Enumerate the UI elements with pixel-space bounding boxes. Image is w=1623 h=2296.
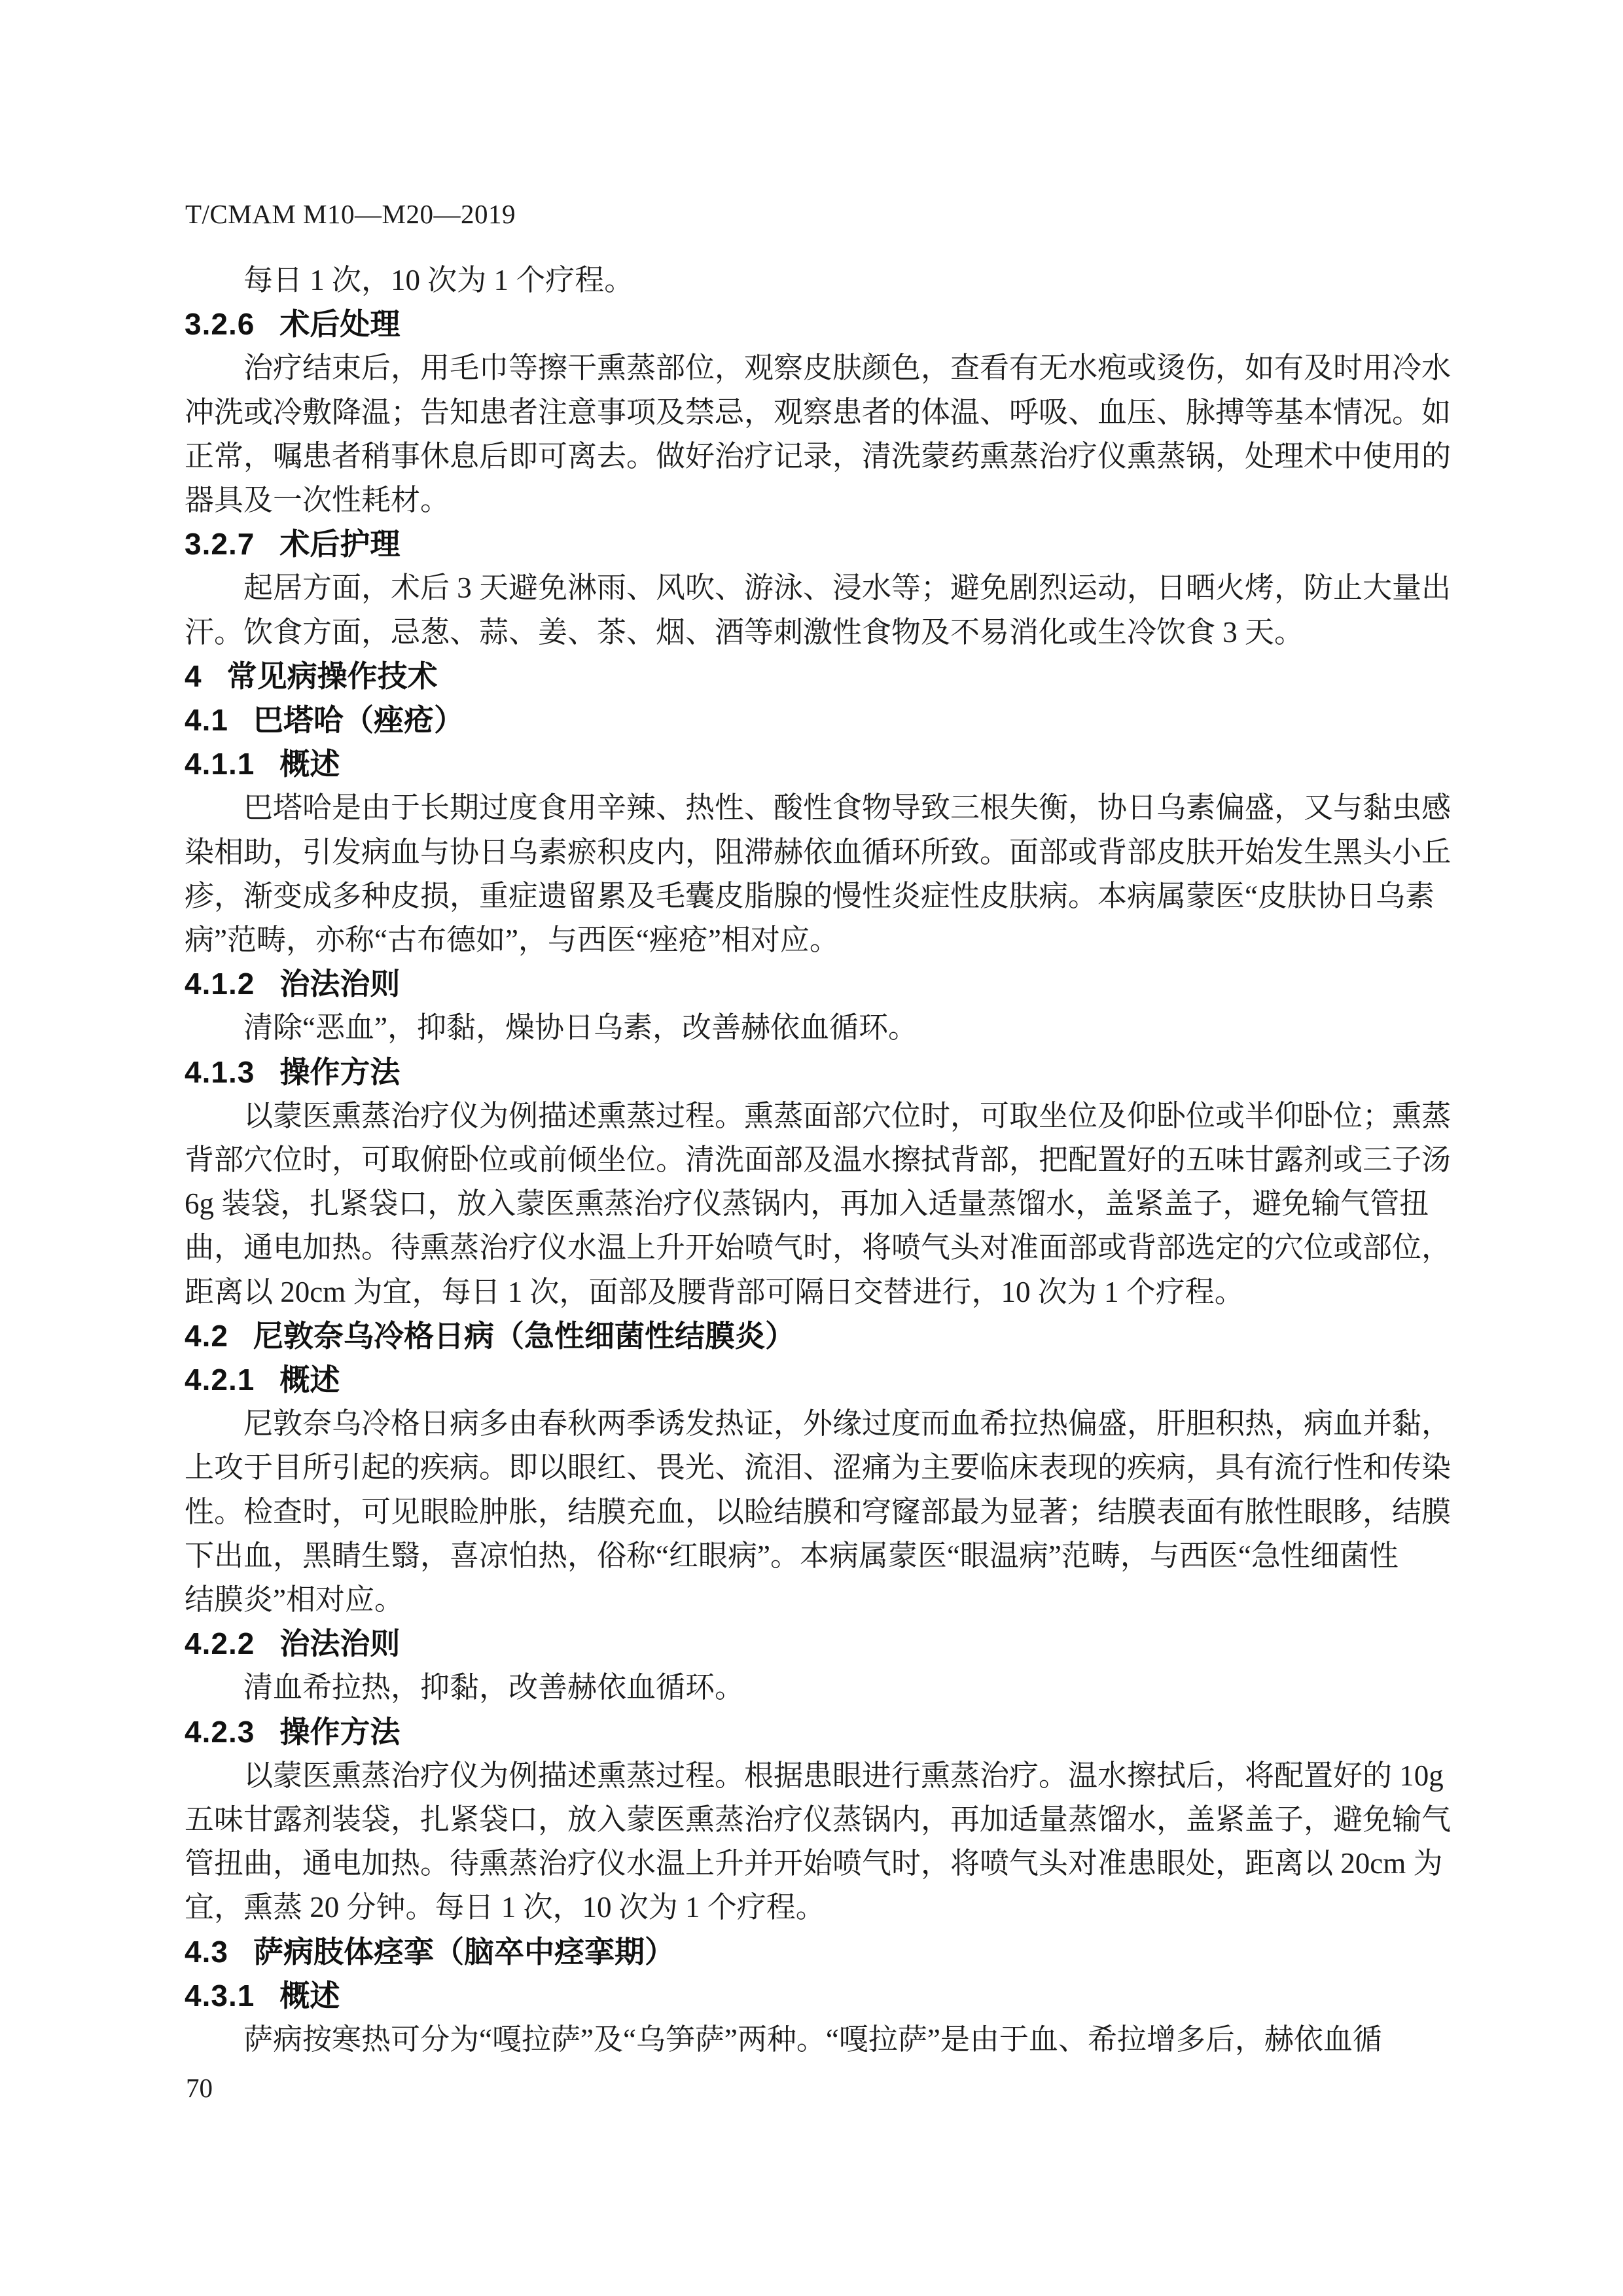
body-text-line: 背部穴位时，可取俯卧位或前倾坐位。清洗面部及温水擦拭背部，把配置好的五味甘露剂或… — [185, 1138, 1451, 1182]
heading-number: 4.1.3 — [185, 1055, 255, 1089]
body-text-line: 冲洗或冷敷降温；告知患者注意事项及禁忌，观察患者的体温、呼吸、血压、脉搏等基本情… — [185, 390, 1451, 435]
section-heading-4-1-1: 4.1.1概述 — [185, 742, 1451, 786]
body-text-line: 曲，通电加热。待熏蒸治疗仪水温上升开始喷气时，将喷气头对准面部或背部选定的穴位或… — [185, 1225, 1451, 1270]
section-heading-4-3: 4.3萨病肢体痉挛（脑卒中痉挛期） — [185, 1929, 1451, 1974]
body-text-line: 下出血，黑睛生翳，喜凉怕热，俗称“红眼病”。本病属蒙医“眼温病”范畴，与西医“急… — [185, 1534, 1451, 1578]
section-heading-3-2-7: 3.2.7术后护理 — [185, 522, 1451, 566]
body-text-line: 性。检查时，可见眼睑肿胀，结膜充血，以睑结膜和穹窿部最为显著；结膜表面有脓性眼眵… — [185, 1490, 1451, 1534]
body-text-line: 距离以 20cm 为宜，每日 1 次，面部及腰背部可隔日交替进行，10 次为 1… — [185, 1270, 1451, 1314]
section-heading-4-3-1: 4.3.1概述 — [185, 1973, 1451, 2018]
body-text-line: 上攻于目所引起的疾病。即以眼红、畏光、流泪、涩痛为主要临床表现的疾病，具有流行性… — [185, 1445, 1451, 1490]
body-text-line: 治疗结束后，用毛巾等擦干熏蒸部位，观察皮肤颜色，查看有无水疱或烫伤，如有及时用冷… — [185, 346, 1451, 390]
heading-title: 巴塔哈（痤疮） — [253, 703, 464, 737]
body-text-line: 以蒙医熏蒸治疗仪为例描述熏蒸过程。熏蒸面部穴位时，可取坐位及仰卧位或半仰卧位；熏… — [185, 1094, 1451, 1138]
body-text-line: 结膜炎”相对应。 — [185, 1577, 1451, 1622]
body-text-line: 宜，熏蒸 20 分钟。每日 1 次，10 次为 1 个疗程。 — [185, 1885, 1451, 1929]
heading-title: 术后护理 — [279, 527, 400, 561]
heading-number: 4.3 — [185, 1935, 228, 1969]
document-page: T/CMAM M10—M20—2019 每日 1 次，10 次为 1 个疗程。3… — [0, 0, 1623, 2296]
heading-title: 萨病肢体痉挛（脑卒中痉挛期） — [253, 1935, 675, 1969]
heading-number: 4.2.3 — [185, 1715, 255, 1749]
heading-number: 4 — [185, 659, 202, 693]
body-text-line: 每日 1 次，10 次为 1 个疗程。 — [185, 258, 1451, 302]
heading-number: 4.1 — [185, 703, 228, 737]
section-heading-4-2-3: 4.2.3操作方法 — [185, 1710, 1451, 1754]
section-heading-4-2-2: 4.2.2治法治则 — [185, 1621, 1451, 1666]
heading-number: 4.1.1 — [185, 747, 255, 781]
body-text-line: 6g 装袋，扎紧袋口，放入蒙医熏蒸治疗仪蒸锅内，再加入适量蒸馏水，盖紧盖子，避免… — [185, 1181, 1451, 1226]
heading-title: 术后处理 — [279, 307, 400, 341]
section-heading-4-1: 4.1巴塔哈（痤疮） — [185, 698, 1451, 742]
body-text-line: 病”范畴，亦称“古布德如”，与西医“痤疮”相对应。 — [185, 918, 1451, 962]
body-text-line: 器具及一次性耗材。 — [185, 478, 1451, 522]
heading-number: 4.2 — [185, 1319, 228, 1353]
section-heading-4-2-1: 4.2.1概述 — [185, 1357, 1451, 1402]
heading-title: 概述 — [279, 747, 340, 781]
heading-number: 3.2.7 — [185, 527, 255, 561]
body-text-line: 五味甘露剂装袋，扎紧袋口，放入蒙医熏蒸治疗仪蒸锅内，再加适量蒸馏水，盖紧盖子，避… — [185, 1797, 1451, 1842]
body-text-line: 尼敦奈乌冷格日病多由春秋两季诱发热证，外缘过度而血希拉热偏盛，肝胆积热，病血并黏… — [185, 1401, 1451, 1446]
body-text-line: 以蒙医熏蒸治疗仪为例描述熏蒸过程。根据患眼进行熏蒸治疗。温水擦拭后，将配置好的 … — [185, 1753, 1451, 1798]
heading-title: 概述 — [279, 1363, 340, 1397]
body-text-line: 汗。饮食方面，忌葱、蒜、姜、茶、烟、酒等刺激性食物及不易消化或生冷饮食 3 天。 — [185, 610, 1451, 655]
body-text-line: 巴塔哈是由于长期过度食用辛辣、热性、酸性食物导致三根失衡，协日乌素偏盛，又与黏虫… — [185, 785, 1451, 830]
body-text-line: 清除“恶血”，抑黏，燥协日乌素，改善赫依血循环。 — [185, 1005, 1451, 1050]
body-text-line: 管扭曲，通电加热。待熏蒸治疗仪水温上升并开始喷气时，将喷气头对准患眼处，距离以 … — [185, 1841, 1451, 1886]
heading-number: 3.2.6 — [185, 307, 255, 341]
document-content: 每日 1 次，10 次为 1 个疗程。3.2.6术后处理治疗结束后，用毛巾等擦干… — [0, 0, 1623, 2296]
section-heading-3-2-6: 3.2.6术后处理 — [185, 302, 1451, 346]
heading-title: 常见病操作技术 — [227, 659, 438, 693]
heading-number: 4.2.2 — [185, 1626, 255, 1660]
heading-title: 治法治则 — [279, 1626, 400, 1660]
heading-title: 操作方法 — [279, 1715, 400, 1749]
heading-title: 治法治则 — [279, 967, 400, 1001]
section-heading-4: 4常见病操作技术 — [185, 654, 1451, 698]
body-text-line: 疹，渐变成多种皮损，重症遗留累及毛囊皮脂腺的慢性炎症性皮肤病。本病属蒙医“皮肤协… — [185, 874, 1451, 918]
page-number: 70 — [186, 2066, 213, 2110]
heading-title: 概述 — [279, 1979, 340, 2013]
heading-title: 尼敦奈乌冷格日病（急性细菌性结膜炎） — [253, 1319, 795, 1353]
body-text-line: 染相助，引发病血与协日乌素瘀积皮内，阻滞赫依血循环所致。面部或背部皮肤开始发生黑… — [185, 830, 1451, 874]
heading-number: 4.3.1 — [185, 1979, 255, 2013]
body-text-line: 清血希拉热，抑黏，改善赫依血循环。 — [185, 1665, 1451, 1710]
section-heading-4-2: 4.2尼敦奈乌冷格日病（急性细菌性结膜炎） — [185, 1314, 1451, 1358]
section-heading-4-1-3: 4.1.3操作方法 — [185, 1050, 1451, 1094]
body-text-line: 正常，嘱患者稍事休息后即可离去。做好治疗记录，清洗蒙药熏蒸治疗仪熏蒸锅，处理术中… — [185, 434, 1451, 478]
heading-title: 操作方法 — [279, 1055, 400, 1089]
heading-number: 4.1.2 — [185, 967, 255, 1001]
heading-number: 4.2.1 — [185, 1363, 255, 1397]
body-text-line: 起居方面，术后 3 天避免淋雨、风吹、游泳、浸水等；避免剧烈运动，日晒火烤，防止… — [185, 565, 1451, 610]
body-text-line: 萨病按寒热可分为“嘎拉萨”及“乌笋萨”两种。“嘎拉萨”是由于血、希拉增多后，赫依… — [185, 2017, 1451, 2062]
section-heading-4-1-2: 4.1.2治法治则 — [185, 961, 1451, 1006]
